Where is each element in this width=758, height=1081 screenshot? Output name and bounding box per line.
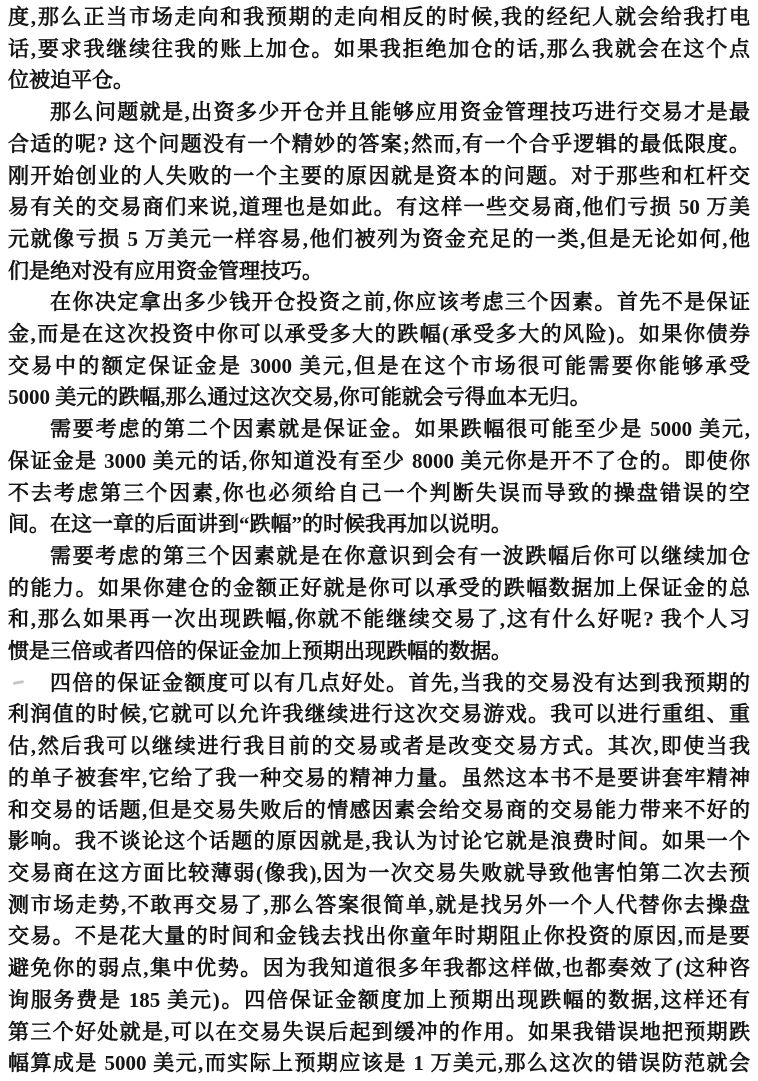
text-line: 需要考虑的第二个因素就是保证金。如果跌幅很可能至少是 5000 美元, xyxy=(8,414,750,446)
text-line: 间。在这一章的后面讲到“跌幅”的时候我再加以说明。 xyxy=(8,509,750,541)
text-line: 的能力。如果你建仓的金额正好就是你可以承受的跌幅数据加上保证金的总 xyxy=(8,573,750,605)
book-page: 度,那么正当市场走向和我预期的走向相反的时候,我的经纪人就会给我打电话,要求我继… xyxy=(0,0,758,1081)
text-line: 在你决定拿出多少钱开仓投资之前,你应该考虑三个因素。首先不是保证 xyxy=(8,287,750,319)
text-line: 位被迫平仓。 xyxy=(8,65,750,97)
text-line: 利润值的时候,它就可以允许我继续进行这次交易游戏。我可以进行重组、重 xyxy=(8,699,750,731)
paragraph: 在你决定拿出多少钱开仓投资之前,你应该考虑三个因素。首先不是保证金,而是在这次投… xyxy=(8,287,750,414)
paragraph: 那么问题就是,出资多少开仓并且能够应用资金管理技巧进行交易才是最合适的呢? 这个… xyxy=(8,97,750,287)
text-line: 度,那么正当市场走向和我预期的走向相反的时候,我的经纪人就会给我打电 xyxy=(8,2,750,34)
text-line: 们是绝对没有应用资金管理技巧。 xyxy=(8,256,750,288)
text-line: 刚开始创业的人失败的一个主要的原因就是资本的问题。对于那些和杠杆交 xyxy=(8,161,750,193)
paragraph: 度,那么正当市场走向和我预期的走向相反的时候,我的经纪人就会给我打电话,要求我继… xyxy=(8,2,750,97)
text-line: 那么问题就是,出资多少开仓并且能够应用资金管理技巧进行交易才是最 xyxy=(8,97,750,129)
text-line: 惯是三倍或者四倍的保证金加上预期出现跌幅的数据。 xyxy=(8,636,750,668)
text-line: 询服务费是 185 美元)。四倍保证金额度加上预期出现跌幅的数据,这样还有 xyxy=(8,985,750,1017)
text-line: 5000 美元的跌幅,那么通过这次交易,你可能就会亏得血本无归。 xyxy=(8,382,750,414)
text-line: 交易。不是花大量的时间和金钱去找出你童年时期阻止你投资的原因,而是要 xyxy=(8,921,750,953)
text-line: 影响。我不谈论这个话题的原因就是,我认为讨论它就是浪费时间。如果一个 xyxy=(8,826,750,858)
text-line: 易有关的交易商们来说,道理也是如此。有这样一些交易商,他们亏损 50 万美 xyxy=(8,192,750,224)
text-line: 避免你的弱点,集中优势。因为我知道很多年我都这样做,也都奏效了(这种咨 xyxy=(8,953,750,985)
text-line: 话,要求我继续往我的账上加仓。如果我拒绝加仓的话,那么我就会在这个点 xyxy=(8,34,750,66)
text-line: 和,那么如果再一次出现跌幅,你就不能继续交易了,这有什么好呢? 我个人习 xyxy=(8,604,750,636)
page-text: 度,那么正当市场走向和我预期的走向相反的时候,我的经纪人就会给我打电话,要求我继… xyxy=(8,2,750,1080)
text-line: 保证金是 3000 美元的话,你知道没有至少 8000 美元你是开不了仓的。即使… xyxy=(8,446,750,478)
text-line: 元就像亏损 5 万美元一样容易,他们被列为资金充足的一类,但是无论如何,他 xyxy=(8,224,750,256)
paragraph: 需要考虑的第三个因素就是在你意识到会有一波跌幅后你可以继续加仓的能力。如果你建仓… xyxy=(8,541,750,668)
text-line: 交易中的额定保证金是 3000 美元,但是在这个市场很可能需要你能够承受 xyxy=(8,351,750,383)
text-line: 测市场走势,不敢再交易了,那么答案很简单,就是找另外一个人代替你去操盘 xyxy=(8,890,750,922)
text-line: 的单子被套牢,它给了我一种交易的精神力量。虽然这本书不是要讲套牢精神 xyxy=(8,763,750,795)
text-line: 四倍的保证金额度可以有几点好处。首先,当我的交易没有达到我预期的 xyxy=(8,668,750,700)
text-line: 和交易的话题,但是交易失败后的情感因素会给交易商的交易能力带来不好的 xyxy=(8,795,750,827)
text-line: 需要考虑的第三个因素就是在你意识到会有一波跌幅后你可以继续加仓 xyxy=(8,541,750,573)
text-line: 估,然后我可以继续进行我目前的交易或者是改变交易方式。其次,即使当我 xyxy=(8,731,750,763)
text-line: 金,而是在这次投资中你可以承受多大的跌幅(承受多大的风险)。如果你债券 xyxy=(8,319,750,351)
text-line: 不去考虑第三个因素,你也必须给自己一个判断失误而导致的操盘错误的空 xyxy=(8,478,750,510)
text-line: 第三个好处就是,可以在交易失误后起到缓冲的作用。如果我错误地把预期跌 xyxy=(8,1017,750,1049)
text-line: 交易商在这方面比较薄弱(像我),因为一次交易失败就导致他害怕第二次去预 xyxy=(8,858,750,890)
paragraph: 四倍的保证金额度可以有几点好处。首先,当我的交易没有达到我预期的利润值的时候,它… xyxy=(8,668,750,1080)
paragraph: 需要考虑的第二个因素就是保证金。如果跌幅很可能至少是 5000 美元,保证金是 … xyxy=(8,414,750,541)
text-line: 幅算成是 5000 美元,而实际上预期应该是 1 万美元,那么这次的错误防范就会 xyxy=(8,1048,750,1080)
text-line: 合适的呢? 这个问题没有一个精妙的答案;然而,有一个合乎逻辑的最低限度。 xyxy=(8,129,750,161)
